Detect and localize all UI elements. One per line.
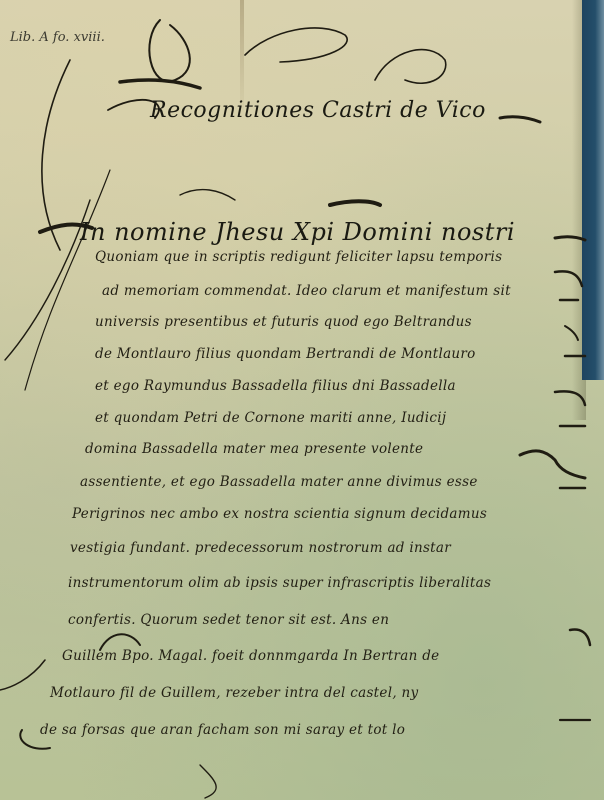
- text-line: Guillem Bpo. Magal. foeit donnmgarda In …: [62, 648, 439, 664]
- text-line: Quoniam que in scriptis redigunt felicit…: [95, 249, 502, 265]
- text-line: de Montlauro filius quondam Bertrandi de…: [95, 346, 476, 362]
- text-line: confertis. Quorum sedet tenor sit est. A…: [68, 612, 389, 628]
- text-line: instrumentorum olim ab ipsis super infra…: [68, 575, 491, 591]
- text-line: domina Bassadella mater mea presente vol…: [85, 441, 423, 457]
- shelfmark: Lib. A fo. xviii.: [10, 30, 105, 45]
- text-line: Motlauro fil de Guillem, rezeber intra d…: [50, 685, 418, 701]
- text-line: universis presentibus et futuris quod eg…: [95, 314, 472, 330]
- manuscript-page: Lib. A fo. xviii. Recognitiones Castri d…: [0, 0, 604, 800]
- text-line: vestigia fundant. predecessorum nostroru…: [70, 540, 451, 556]
- incipit: In nomine Jhesu Xpi Domini nostri: [80, 218, 515, 246]
- binding-edge: [582, 0, 604, 380]
- text-line: de sa forsas que aran facham son mi sara…: [40, 722, 405, 738]
- document-title: Recognitiones Castri de Vico: [150, 98, 486, 123]
- text-line: assentiente, et ego Bassadella mater ann…: [80, 474, 478, 490]
- text-line: Perigrinos nec ambo ex nostra scientia s…: [72, 506, 487, 522]
- text-line: et quondam Petri de Cornone mariti anne,…: [95, 410, 446, 426]
- text-line: et ego Raymundus Bassadella filius dni B…: [95, 378, 456, 394]
- text-line: ad memoriam commendat. Ideo clarum et ma…: [102, 283, 511, 299]
